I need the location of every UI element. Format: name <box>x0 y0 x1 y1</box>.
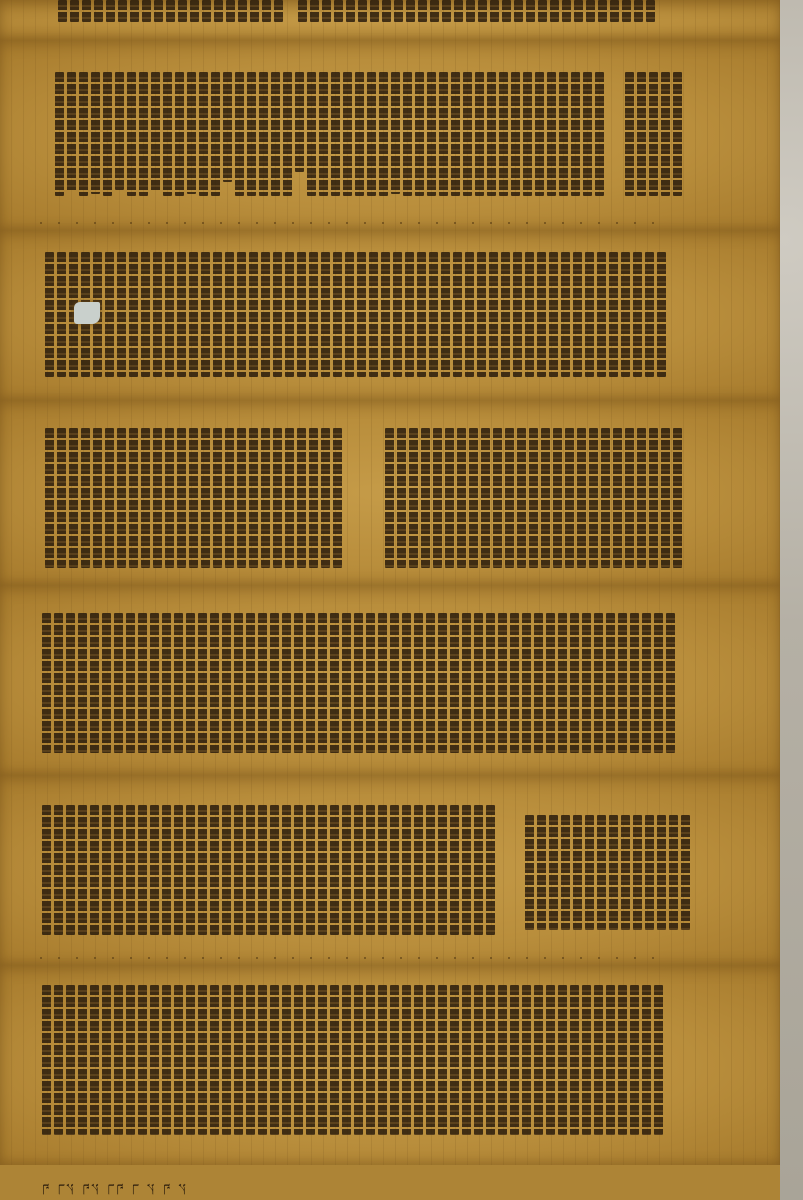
text-column <box>45 252 666 377</box>
text-column <box>42 985 663 1135</box>
parchment-hole <box>74 302 100 324</box>
partial-text-row: ף ךץ ףץ ךף ך ץ ף ץ <box>40 1180 186 1197</box>
scroll-sheet-6 <box>0 775 780 967</box>
scroll-sheet-4 <box>0 400 780 587</box>
torah-scroll: ף ךץ ףץ ךף ך ץ ף ץ <box>0 0 780 1200</box>
stitch-seam <box>40 222 660 224</box>
scroll-sheet-7 <box>0 965 780 1167</box>
scroll-sheet-2 <box>0 40 780 232</box>
scroll-sheet-3 <box>0 230 780 402</box>
scroll-sheet-5 <box>0 585 780 777</box>
text-column <box>58 0 283 22</box>
text-column <box>55 72 604 196</box>
text-column <box>385 428 682 568</box>
scroll-sheet-1 <box>0 0 780 42</box>
text-column <box>525 815 690 930</box>
text-column <box>298 0 655 22</box>
stitch-seam <box>40 957 660 959</box>
text-column <box>42 805 495 935</box>
text-column <box>625 72 682 196</box>
text-column <box>42 613 675 753</box>
text-column <box>45 428 342 568</box>
